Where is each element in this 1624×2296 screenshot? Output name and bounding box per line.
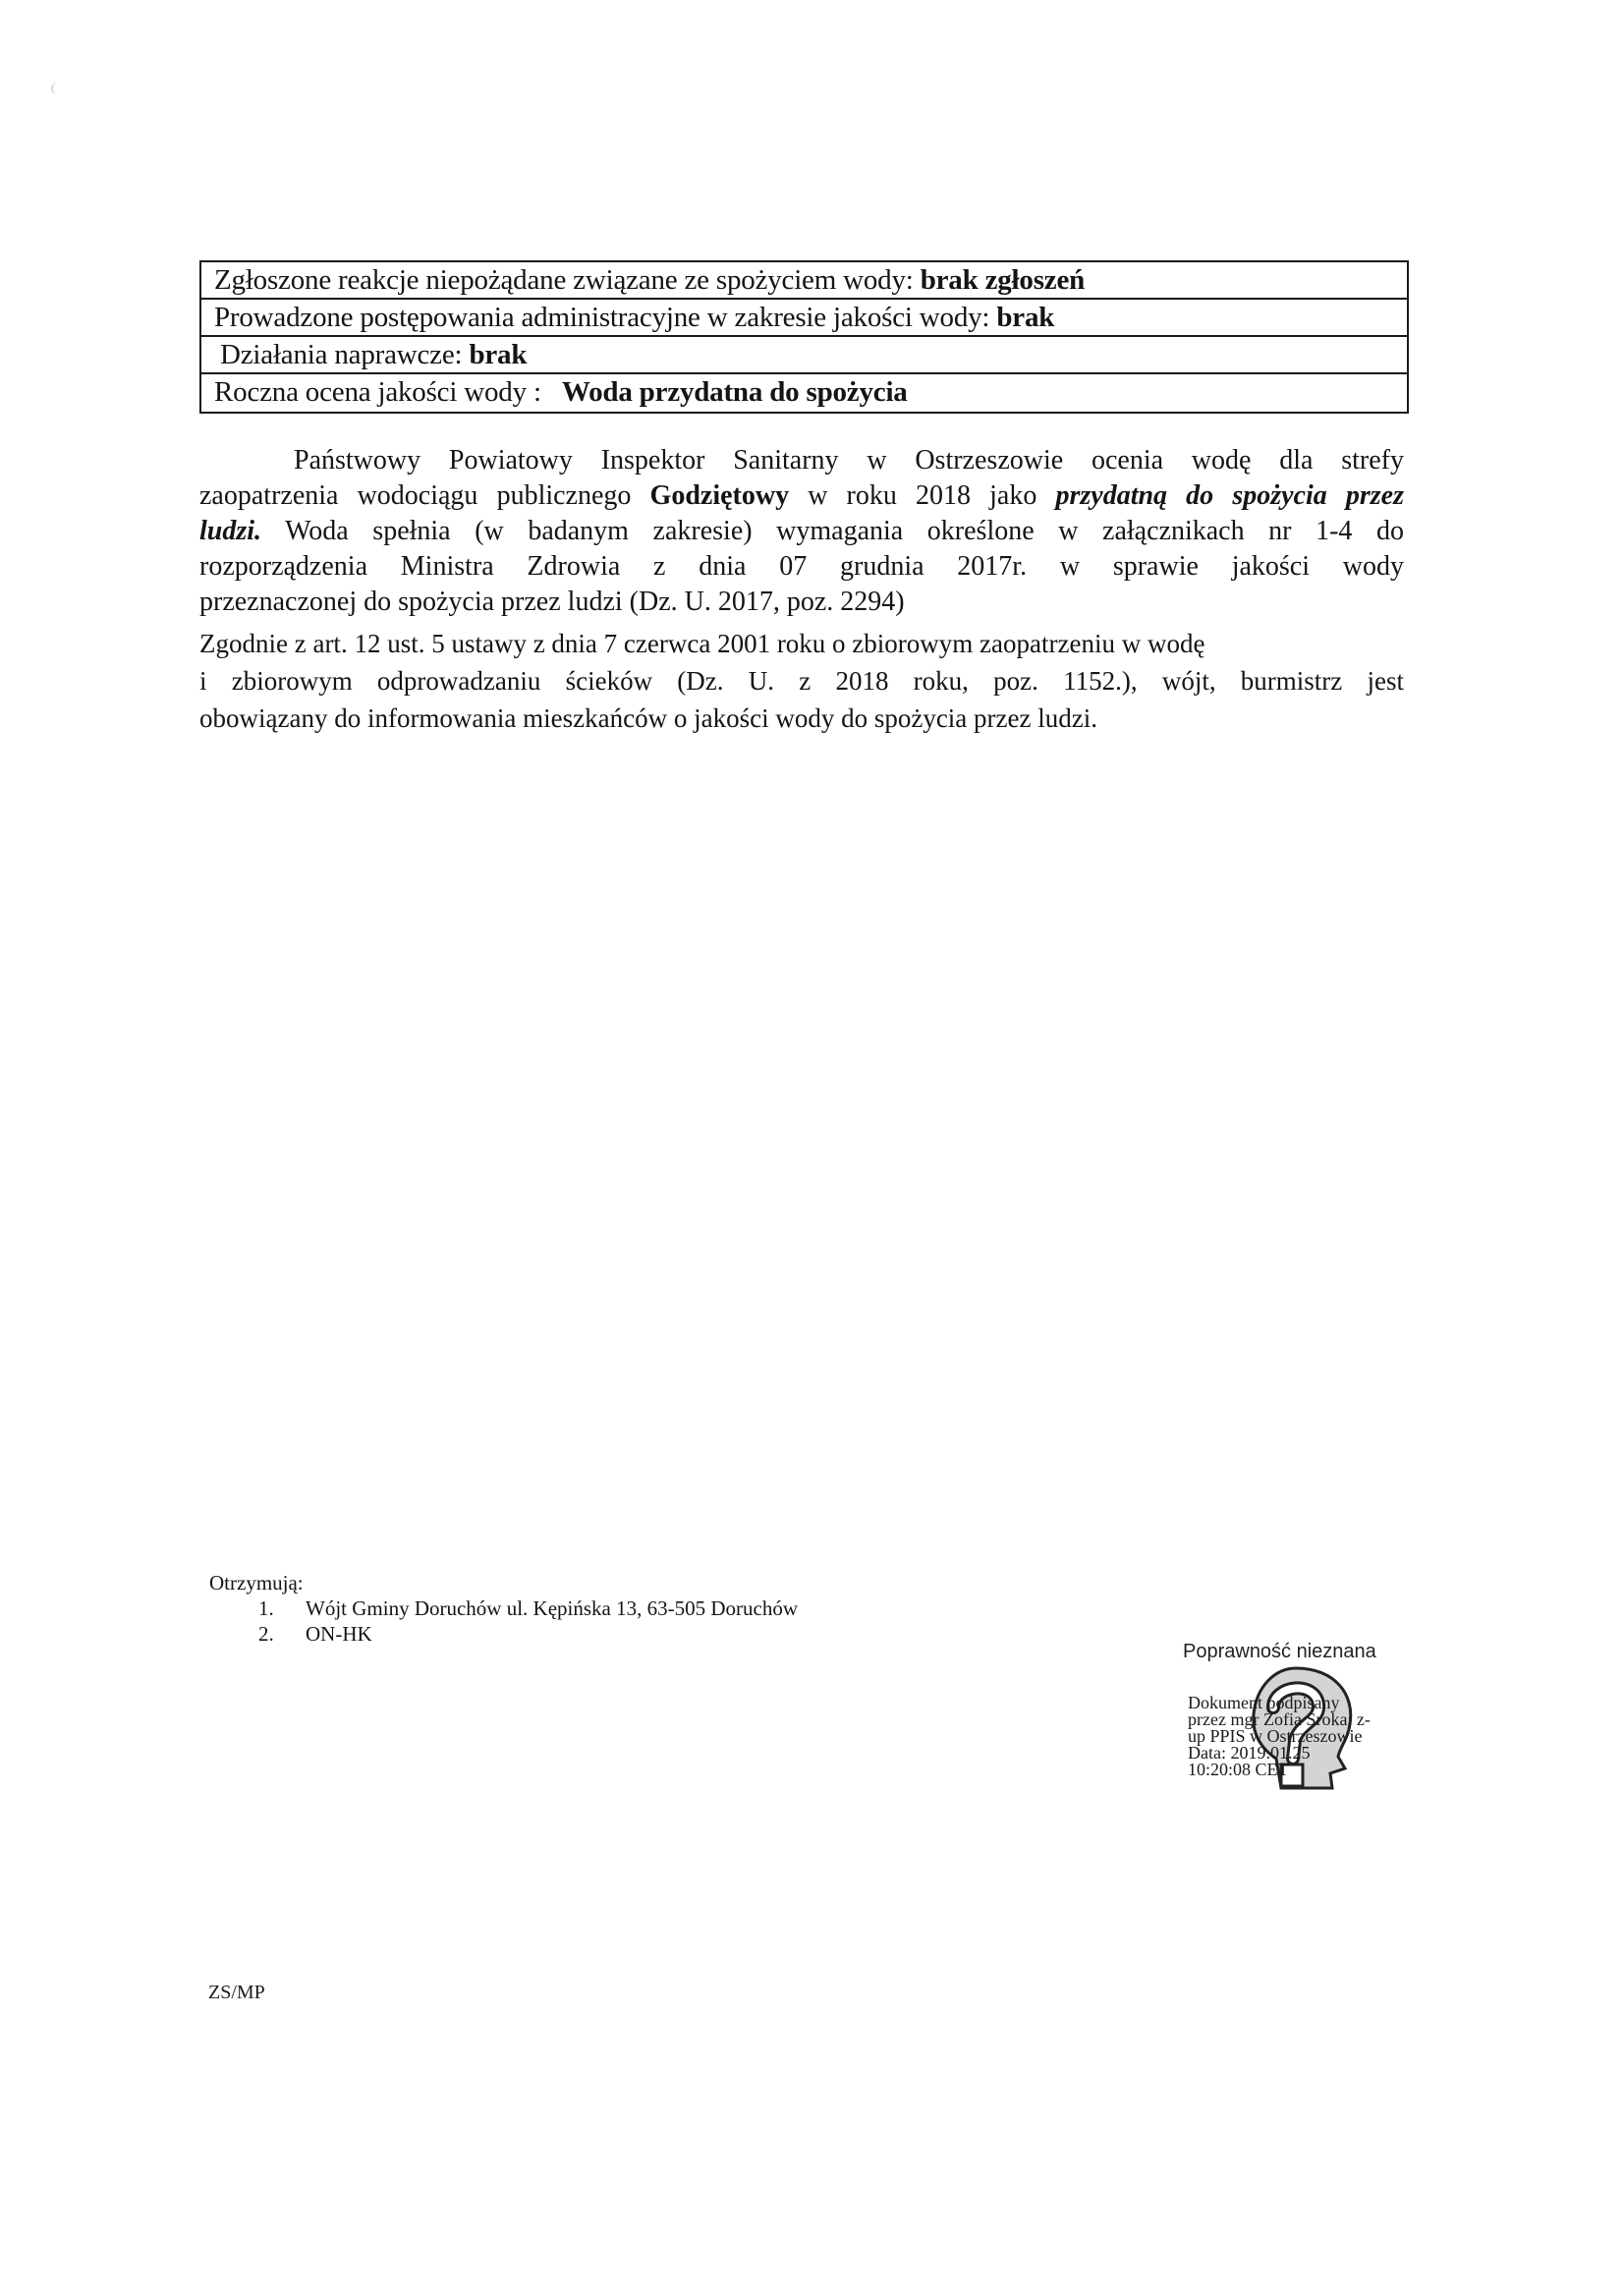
summary-row-corrective-actions: Działania naprawcze: brak (201, 337, 1407, 374)
signature-time: 10:20:08 CET (1188, 1762, 1371, 1778)
text: Woda spełnia (w badanym zakresie) wymaga… (261, 516, 1404, 546)
water-system-name: Godziętowy (650, 480, 790, 511)
summary-table: Zgłoszone reakcje niepożądane związane z… (199, 260, 1409, 414)
row-value: brak (996, 302, 1054, 333)
signature-details: Dokument podpisany przez mgr Zofia Sroka… (1188, 1695, 1371, 1778)
row-label: Działania naprawcze: (220, 339, 462, 370)
recipient-text: Wójt Gminy Doruchów ul. Kępińska 13, 63-… (306, 1596, 798, 1621)
legal-note-paragraph: Zgodnie z art. 12 ust. 5 ustawy z dnia 7… (199, 625, 1404, 737)
text: w roku 2018 jako (789, 480, 1055, 511)
recipient-number: 1. (258, 1596, 306, 1621)
electronic-signature-stamp[interactable]: Poprawność nieznana Dokument podpisany p… (1183, 1641, 1419, 1808)
scan-artifact (51, 83, 59, 94)
text: zaopatrzenia wodociągu publicznego (199, 480, 650, 511)
row-label: Roczna ocena jakości wody : (214, 376, 541, 408)
legal-line: Zgodnie z art. 12 ust. 5 ustawy z dnia 7… (199, 625, 1404, 662)
summary-row-adverse-reactions: Zgłoszone reakcje niepożądane związane z… (201, 262, 1407, 300)
row-value: Woda przydatna do spożycia (562, 376, 908, 408)
row-label: Zgłoszone reakcje niepożądane związane z… (214, 264, 914, 296)
recipient-item: 2. ON-HK (209, 1621, 798, 1647)
signature-validity-status: Poprawność nieznana (1183, 1641, 1376, 1663)
assessment-line: przeznaczonej do spożycia przez ludzi (D… (199, 585, 1404, 620)
assessment-line: zaopatrzenia wodociągu publicznego Godzi… (199, 478, 1404, 514)
assessment-line: Państwowy Powiatowy Inspektor Sanitarny … (199, 443, 1404, 478)
document-reference-initials: ZS/MP (208, 1982, 265, 2004)
assessment-line: ludzi. Woda spełnia (w badanym zakresie)… (199, 514, 1404, 549)
verdict-text: ludzi. (199, 516, 261, 546)
summary-row-annual-assessment: Roczna ocena jakości wody : Woda przydat… (201, 374, 1407, 412)
assessment-paragraph: Państwowy Powiatowy Inspektor Sanitarny … (199, 443, 1404, 620)
recipients-list: Otrzymują: 1. Wójt Gminy Doruchów ul. Kę… (209, 1570, 798, 1647)
assessment-line: rozporządzenia Ministra Zdrowia z dnia 0… (199, 549, 1404, 585)
legal-line: i zbiorowym odprowadzaniu ścieków (Dz. U… (199, 662, 1404, 700)
recipient-item: 1. Wójt Gminy Doruchów ul. Kępińska 13, … (209, 1596, 798, 1621)
recipients-heading: Otrzymują: (209, 1570, 798, 1596)
row-value: brak (469, 339, 527, 370)
legal-line: obowiązany do informowania mieszkańców o… (199, 700, 1404, 737)
row-value: brak zgłoszeń (921, 264, 1085, 296)
recipient-text: ON-HK (306, 1621, 372, 1647)
summary-row-admin-proceedings: Prowadzone postępowania administracyjne … (201, 300, 1407, 337)
recipient-number: 2. (258, 1621, 306, 1647)
verdict-text: przydatną do spożycia przez (1055, 480, 1404, 511)
row-label: Prowadzone postępowania administracyjne … (214, 302, 989, 333)
